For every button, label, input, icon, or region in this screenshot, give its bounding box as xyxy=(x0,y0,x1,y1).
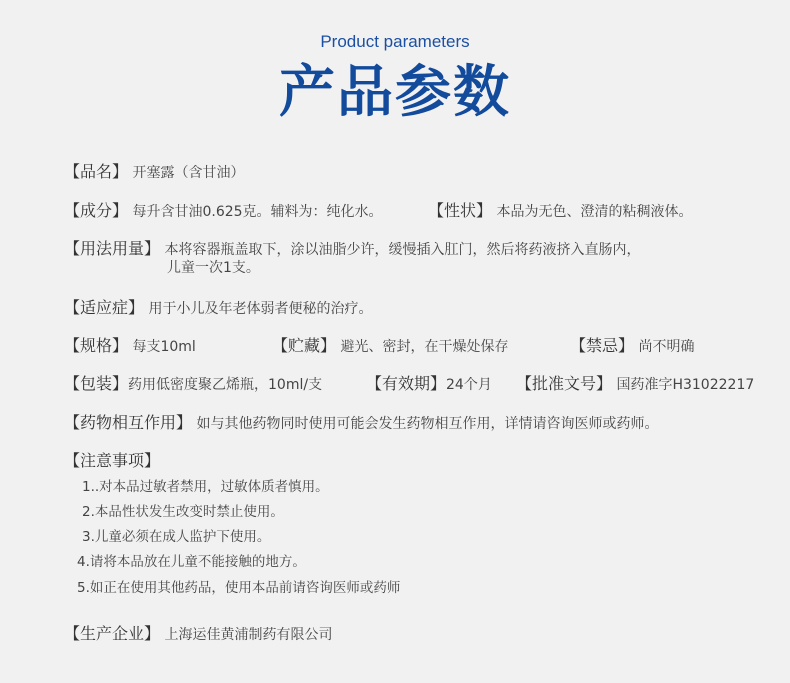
param-label: 【禁忌】 xyxy=(570,336,634,355)
param-value: 本品为无色、澄清的粘稠液体。 xyxy=(496,204,692,220)
param-usage-line2: 儿童一次1支。 xyxy=(167,258,260,278)
param-label: 【品名】 xyxy=(64,162,128,181)
param-label: 【贮藏】 xyxy=(272,336,336,355)
precaution-item: 5.如正在使用其他药品，使用本品前请咨询医师或药师 xyxy=(77,578,400,598)
param-value: 用于小儿及年老体弱者便秘的治疗。 xyxy=(148,301,372,317)
param-label: 【生产企业】 xyxy=(64,624,160,643)
param-value: 尚不明确 xyxy=(638,339,694,355)
page-title: 产品参数 xyxy=(0,58,790,128)
param-ingredients: 【成分】 每升含甘油0.625克。辅料为：纯化水。 xyxy=(64,201,383,222)
param-value: 上海运佳黄浦制药有限公司 xyxy=(164,627,332,643)
precaution-item: 4.请将本品放在儿童不能接触的地方。 xyxy=(77,552,306,572)
param-value: 国药准字H31022217 xyxy=(616,377,754,393)
param-precautions: 【注意事项】 xyxy=(64,451,160,472)
param-label: 【成分】 xyxy=(64,201,128,220)
param-value: 避光、密封，在干燥处保存 xyxy=(340,339,508,355)
param-spec: 【规格】 每支10ml xyxy=(64,336,196,357)
precaution-item: 2.本品性状发生改变时禁止使用。 xyxy=(82,502,284,522)
param-value: 药用低密度聚乙烯瓶，10ml/支 xyxy=(128,377,322,393)
param-usage: 【用法用量】 本将容器瓶盖取下，涂以油脂少许，缓慢插入肛门，然后将药液挤入直肠内… xyxy=(64,239,640,260)
param-label: 【适应症】 xyxy=(64,298,144,317)
param-value: 每升含甘油0.625克。辅料为：纯化水。 xyxy=(132,204,382,220)
param-value: 每支10ml xyxy=(132,339,195,355)
param-label: 【批准文号】 xyxy=(516,374,612,393)
param-label: 【有效期】 xyxy=(366,374,446,393)
param-value: 儿童一次1支。 xyxy=(167,260,260,276)
param-storage: 【贮藏】 避光、密封，在干燥处保存 xyxy=(272,336,508,357)
param-label: 【用法用量】 xyxy=(64,239,160,258)
param-packaging: 【包装】药用低密度聚乙烯瓶，10ml/支 xyxy=(64,374,322,395)
param-label: 【包装】 xyxy=(64,374,128,393)
param-label: 【药物相互作用】 xyxy=(64,413,192,432)
param-properties: 【性状】 本品为无色、澄清的粘稠液体。 xyxy=(428,201,692,222)
param-interactions: 【药物相互作用】 如与其他药物同时使用可能会发生药物相互作用，详情请咨询医师或药… xyxy=(64,413,658,434)
param-validity: 【有效期】24个月 xyxy=(366,374,492,395)
param-contraindications: 【禁忌】 尚不明确 xyxy=(570,336,694,357)
precaution-item: 3.儿童必须在成人监护下使用。 xyxy=(82,527,270,547)
param-value: 24个月 xyxy=(446,377,492,393)
param-label: 【性状】 xyxy=(428,201,492,220)
param-value: 本将容器瓶盖取下，涂以油脂少许，缓慢插入肛门，然后将药液挤入直肠内， xyxy=(164,242,640,258)
param-value: 开塞露（含甘油） xyxy=(132,165,244,181)
param-label: 【注意事项】 xyxy=(64,451,160,470)
param-value: 如与其他药物同时使用可能会发生药物相互作用，详情请咨询医师或药师。 xyxy=(196,416,658,432)
param-name: 【品名】 开塞露（含甘油） xyxy=(64,162,244,183)
param-indications: 【适应症】 用于小儿及年老体弱者便秘的治疗。 xyxy=(64,298,372,319)
subtitle: Product parameters xyxy=(0,32,790,52)
param-label: 【规格】 xyxy=(64,336,128,355)
param-manufacturer: 【生产企业】 上海运佳黄浦制药有限公司 xyxy=(64,624,332,645)
param-approval: 【批准文号】 国药准字H31022217 xyxy=(516,374,754,395)
precaution-item: 1..对本品过敏者禁用，过敏体质者慎用。 xyxy=(82,477,329,497)
